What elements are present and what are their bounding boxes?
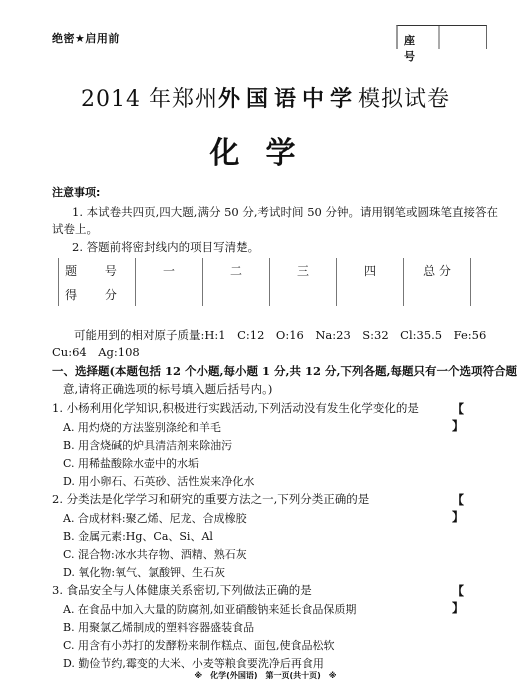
atomic-masses-line2: Cu:64 Ag:108 <box>52 344 140 360</box>
section1-title: 一、选择题(本题包括 12 个小题,每小题 1 分,共 12 分,下列各题,每题… <box>52 363 517 379</box>
seat-number-field[interactable] <box>440 26 486 49</box>
question-2-option-a: A. 合成材料:聚乙烯、尼龙、合成橡胶 <box>63 510 247 526</box>
score-cell[interactable] <box>337 282 404 306</box>
question-2-stem: 2. 分类法是化学学习和研究的重要方法之一,下列分类正确的是 <box>52 491 369 507</box>
subject-title: 化学 <box>0 128 531 172</box>
section1-title-cont: 意,请将正确选项的标号填入题后括号内。) <box>63 381 272 397</box>
exam-title: 2014 年郑州外国语中学模拟试卷 <box>0 82 531 113</box>
row-label: 得 分 <box>59 282 136 306</box>
title-suffix: 模拟试卷 <box>358 87 450 112</box>
question-2-option-d: D. 氧化物:氧气、氯酸钾、生石灰 <box>63 564 225 580</box>
question-3-stem: 3. 食品安全与人体健康关系密切,下列做法正确的是 <box>52 582 312 598</box>
question-1-option-c: C. 用稀盐酸除水壶中的水垢 <box>63 455 199 471</box>
score-cell[interactable] <box>404 282 471 306</box>
header-cell: 总 分 <box>404 258 471 282</box>
exam-page: 绝密★启用前 座 号 2014 年郑州外国语中学模拟试卷 化学 注意事项: 1.… <box>0 0 531 698</box>
header-cell: 题 号 <box>59 258 136 282</box>
title-school: 外国语中学 <box>218 87 358 112</box>
question-2-answer-bracket[interactable]: 【 】 <box>452 491 531 525</box>
question-1-option-a: A. 用灼烧的方法鉴别涤纶和羊毛 <box>63 419 221 435</box>
confidential-label: 绝密★启用前 <box>52 30 120 46</box>
notes-heading: 注意事项: <box>52 184 100 200</box>
question-1-option-d: D. 用小卵石、石英砂、活性炭来净化水 <box>63 473 254 489</box>
score-cell[interactable] <box>136 282 203 306</box>
atomic-masses-line1: 可能用到的相对原子质量:H:1 C:12 O:16 Na:23 S:32 Cl:… <box>74 327 486 343</box>
seat-number-label: 座 号 <box>398 26 440 49</box>
question-1-option-b: B. 用含烧碱的炉具清洁剂来除油污 <box>63 437 232 453</box>
title-year-city: 2014 年郑州 <box>81 87 218 112</box>
note-item-2: 2. 答题前将密封线内的项目写清楚。 <box>72 239 259 255</box>
question-3-option-d: D. 勤俭节约,霉变的大米、小麦等粮食要洗净后再食用 <box>63 655 324 671</box>
question-2-option-c: C. 混合物:冰水共存物、酒精、熟石灰 <box>63 546 247 562</box>
score-table-score-row: 得 分 <box>59 282 471 306</box>
score-cell[interactable] <box>270 282 337 306</box>
question-3-option-a: A. 在食品中加入大量的防腐剂,如亚硝酸钠来延长食品保质期 <box>63 601 356 617</box>
question-3-option-b: B. 用聚氯乙烯制成的塑料容器盛装食品 <box>63 619 254 635</box>
page-footer: ※ 化学(外国语) 第一页(共十页) ※ <box>0 670 531 681</box>
question-1-stem: 1. 小杨利用化学知识,积极进行实践活动,下列活动没有发生化学变化的是 <box>52 400 419 416</box>
header-cell: 三 <box>270 258 337 282</box>
note-item-1: 1. 本试卷共四页,四大题,满分 50 分,考试时间 50 分钟。请用钢笔或圆珠… <box>72 204 498 220</box>
header-cell: 二 <box>203 258 270 282</box>
question-3-option-c: C. 用含有小苏打的发酵粉来制作糕点、面包,使食品松软 <box>63 637 335 653</box>
score-table: 题 号 一 二 三 四 总 分 得 分 <box>58 258 471 306</box>
note-item-1-cont: 试卷上。 <box>52 221 98 237</box>
header-cell: 一 <box>136 258 203 282</box>
score-table-header-row: 题 号 一 二 三 四 总 分 <box>59 258 471 282</box>
seat-number-box: 座 号 <box>396 25 487 49</box>
question-1-answer-bracket[interactable]: 【 】 <box>452 400 531 434</box>
score-cell[interactable] <box>203 282 270 306</box>
header-cell: 四 <box>337 258 404 282</box>
question-3-answer-bracket[interactable]: 【 】 <box>452 582 531 616</box>
question-2-option-b: B. 金属元素:Hg、Ca、Si、Al <box>63 528 213 544</box>
